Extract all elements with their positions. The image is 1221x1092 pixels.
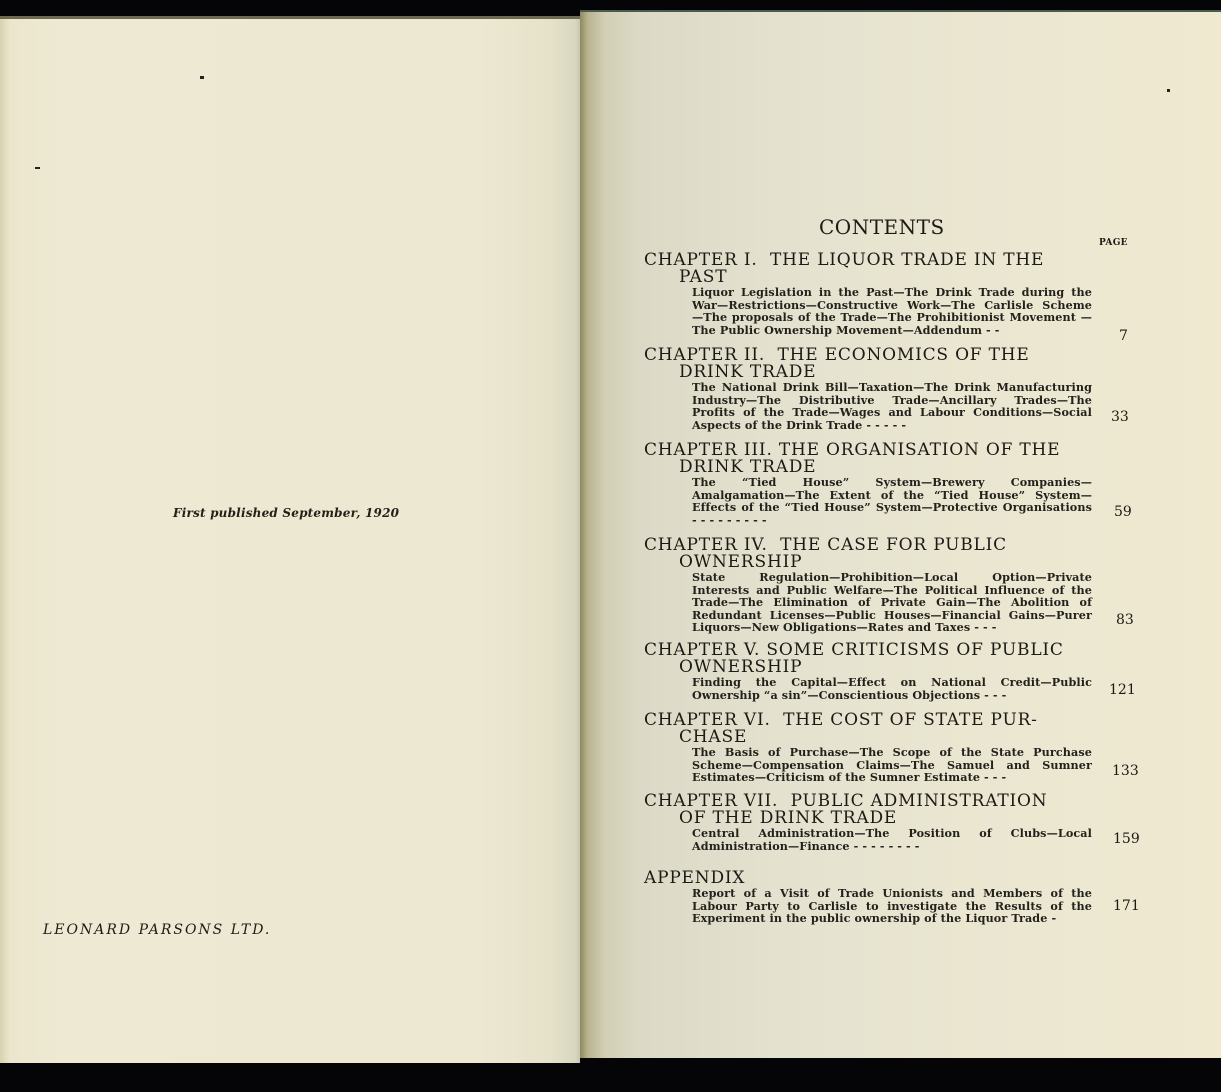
chapter-heading: CHAPTER IV. THE CASE FOR PUBLICOWNERSHIP xyxy=(644,537,1094,571)
chapter-heading: CHAPTER III. THE ORGANISATION OF THEDRIN… xyxy=(644,442,1094,476)
contents-title: CONTENTS xyxy=(819,215,945,239)
page-number: 33 xyxy=(1111,409,1129,425)
appendix-summary: Report of a Visit of Trade Unionists and… xyxy=(692,887,1092,925)
chapter-summary: The “Tied House” System—Brewery Companie… xyxy=(692,476,1092,526)
toc-entry-appendix: APPENDIX Report of a Visit of Trade Unio… xyxy=(644,870,1134,925)
chapter-heading: CHAPTER I. THE LIQUOR TRADE IN THEPAST xyxy=(644,252,1094,286)
chapter-heading: CHAPTER V. SOME CRITICISMS OF PUBLICOWNE… xyxy=(644,642,1094,676)
toc-entry-chapter-7: CHAPTER VII. PUBLIC ADMINISTRATIONOF THE… xyxy=(644,793,1134,852)
appendix-heading: APPENDIX xyxy=(644,870,1094,887)
chapter-summary: Central Administration—The Position of C… xyxy=(692,827,1092,852)
speck xyxy=(200,76,204,79)
publisher-name: LEONARD PARSONS LTD. xyxy=(43,922,271,938)
left-page xyxy=(0,16,580,1063)
toc-entry-chapter-3: CHAPTER III. THE ORGANISATION OF THEDRIN… xyxy=(644,442,1134,526)
page-number: 133 xyxy=(1112,763,1139,779)
page-number: 7 xyxy=(1119,328,1128,344)
toc-entry-chapter-2: CHAPTER II. THE ECONOMICS OF THEDRINK TR… xyxy=(644,347,1134,431)
chapter-summary: The Basis of Purchase—The Scope of the S… xyxy=(692,746,1092,784)
toc-entry-chapter-5: CHAPTER V. SOME CRITICISMS OF PUBLICOWNE… xyxy=(644,642,1134,701)
chapter-summary: Finding the Capital—Effect on National C… xyxy=(692,676,1092,701)
page-number: 59 xyxy=(1114,504,1132,520)
page-number: 159 xyxy=(1113,831,1140,847)
first-published-note: First published September, 1920 xyxy=(173,506,399,520)
toc-entry-chapter-1: CHAPTER I. THE LIQUOR TRADE IN THEPAST L… xyxy=(644,252,1134,336)
toc-entry-chapter-6: CHAPTER VI. THE COST OF STATE PUR-CHASE … xyxy=(644,712,1134,784)
chapter-heading: CHAPTER VI. THE COST OF STATE PUR-CHASE xyxy=(644,712,1094,746)
speck xyxy=(1167,89,1170,92)
page-number: 121 xyxy=(1109,682,1136,698)
speck xyxy=(35,167,40,169)
page-column-label: PAGE xyxy=(1099,238,1128,248)
chapter-heading: CHAPTER II. THE ECONOMICS OF THEDRINK TR… xyxy=(644,347,1094,381)
chapter-heading: CHAPTER VII. PUBLIC ADMINISTRATIONOF THE… xyxy=(644,793,1094,827)
page-number: 171 xyxy=(1113,898,1140,914)
chapter-summary: Liquor Legislation in the Past—The Drink… xyxy=(692,286,1092,336)
page-number: 83 xyxy=(1116,612,1134,628)
chapter-summary: The National Drink Bill—Taxation—The Dri… xyxy=(692,381,1092,431)
chapter-summary: State Regulation—Prohibition—Local Optio… xyxy=(692,571,1092,634)
toc-entry-chapter-4: CHAPTER IV. THE CASE FOR PUBLICOWNERSHIP… xyxy=(644,537,1134,634)
